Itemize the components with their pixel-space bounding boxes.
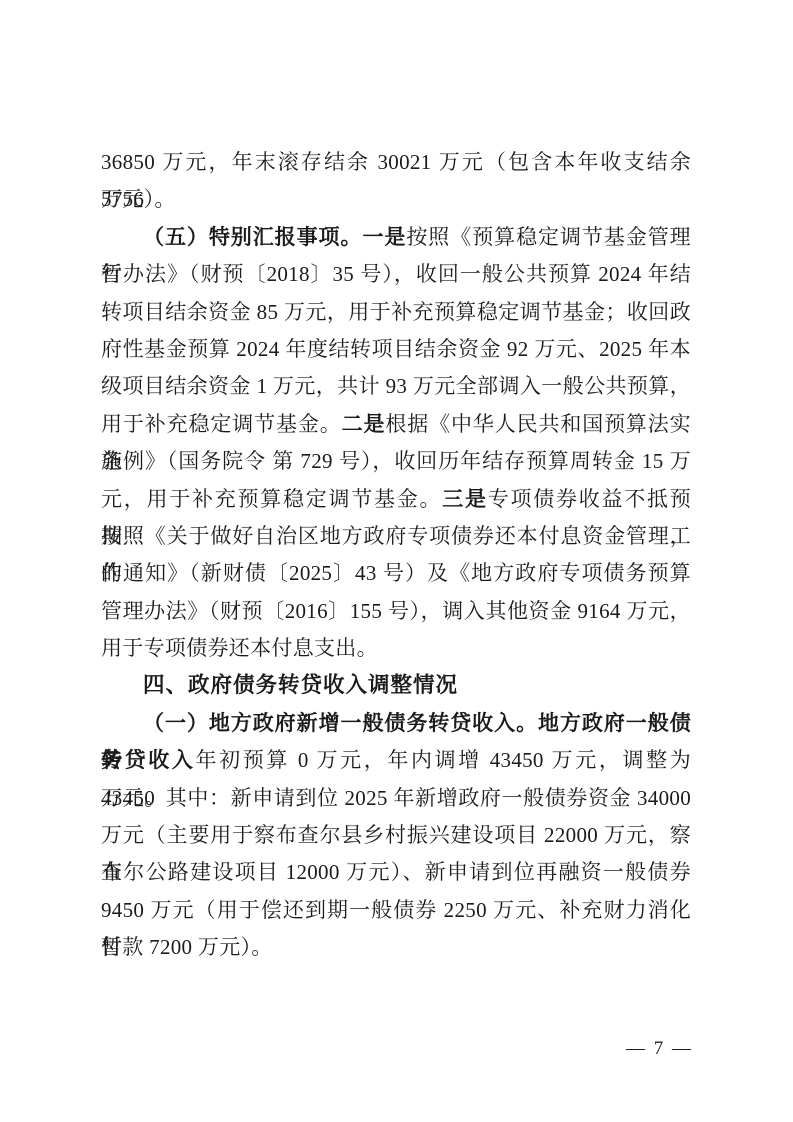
text-run: 管理办法》（财预〔2016〕155 号），调入其他资金 9164 万元， [101,599,691,623]
body-line: 查尔公路建设项目 12000 万元）、新申请到位再融资一般债券 [101,854,691,891]
body-line: （一）地方政府新增一般债务转贷收入。地方政府一般债务 [101,705,691,742]
emphasis-run: 二是 [342,412,386,436]
text-run: 行办法》（财预〔2018〕35 号），收回一般公共预算 2024 年结 [101,262,691,286]
body-line: 府性基金预算 2024 年度结转项目结余资金 92 万元、2025 年本 [101,331,691,368]
text-run: 用于专项债券还本付息支出。 [101,636,378,660]
body-line: 元，用于补充预算稳定调节基金。三是专项债券收益不抵预期， [101,481,691,518]
document-page: { "document": { "lines": [ { "segments":… [0,0,793,1122]
text-run: 府性基金预算 2024 年度结转项目结余资金 92 万元、2025 年本 [101,337,691,361]
body-line: 用于补充稳定调节基金。二是根据《中华人民共和国预算法实施 [101,406,691,443]
text-run: 的通知》（新财债〔2025〕43 号）及《地方政府专项债务预算 [101,561,691,585]
text-run: 转项目结余资金 85 万元，用于补充预算稳定调节基金；收回政 [101,300,691,324]
body-line: 万元）。 [101,181,691,218]
page-number: — 7 — [626,1038,693,1060]
section-heading: 四、政府债务转贷收入调整情况 [101,667,691,704]
text-run: 元，用于补充预算稳定调节基金。 [101,487,442,511]
document-body: 36850 万元，年末滚存结余 30021 万元（包含本年收支结余 5756 万… [101,144,691,967]
body-line: 级项目结余资金 1 万元，共计 93 万元全部调入一般公共预算， [101,368,691,405]
body-line: 管理办法》（财预〔2016〕155 号），调入其他资金 9164 万元， [101,593,691,630]
body-line: 万元。其中：新申请到位 2025 年新增政府一般债券资金 34000 [101,780,691,817]
emphasis-run: 三是 [442,487,488,511]
body-line: 万元（主要用于察布查尔县乡村振兴建设项目 22000 万元，察布 [101,817,691,854]
body-line: 行办法》（财预〔2018〕35 号），收回一般公共预算 2024 年结 [101,256,691,293]
body-line: 9450 万元（用于偿还到期一般债券 2250 万元、补充财力消化暂 [101,892,691,929]
text-run: 条例》（国务院令 第 729 号），收回历年结存预算周转金 15 万 [101,449,691,473]
subsection-title-run: 转贷收入 [101,748,195,772]
body-line: 转贷收入年初预算 0 万元，年内调增 43450 万元，调整为 43450 [101,742,691,779]
body-line: 的通知》（新财债〔2025〕43 号）及《地方政府专项债务预算 [101,555,691,592]
section-heading-text: 四、政府债务转贷收入调整情况 [143,673,458,697]
body-line: 按照《关于做好自治区地方政府专项债券还本付息资金管理工作 [101,518,691,555]
body-line: 36850 万元，年末滚存结余 30021 万元（包含本年收支结余 5756 [101,144,691,181]
body-line: 用于专项债券还本付息支出。 [101,630,691,667]
text-run: 付款 7200 万元）。 [101,935,273,959]
body-line: （五）特别汇报事项。一是按照《预算稳定调节基金管理暂 [101,219,691,256]
body-line: 转项目结余资金 85 万元，用于补充预算稳定调节基金；收回政 [101,294,691,331]
body-line: 条例》（国务院令 第 729 号），收回历年结存预算周转金 15 万 [101,443,691,480]
text-run: 级项目结余资金 1 万元，共计 93 万元全部调入一般公共预算， [101,374,691,398]
subsection-title-run: （五）特别汇报事项。一是 [143,225,406,249]
body-line: 付款 7200 万元）。 [101,929,691,966]
text-run: 万元。其中：新申请到位 2025 年新增政府一般债券资金 34000 [101,786,691,810]
text-run: 查尔公路建设项目 12000 万元）、新申请到位再融资一般债券 [101,860,691,884]
text-run: 万元）。 [101,187,176,211]
text-run: 用于补充稳定调节基金。 [101,412,342,436]
